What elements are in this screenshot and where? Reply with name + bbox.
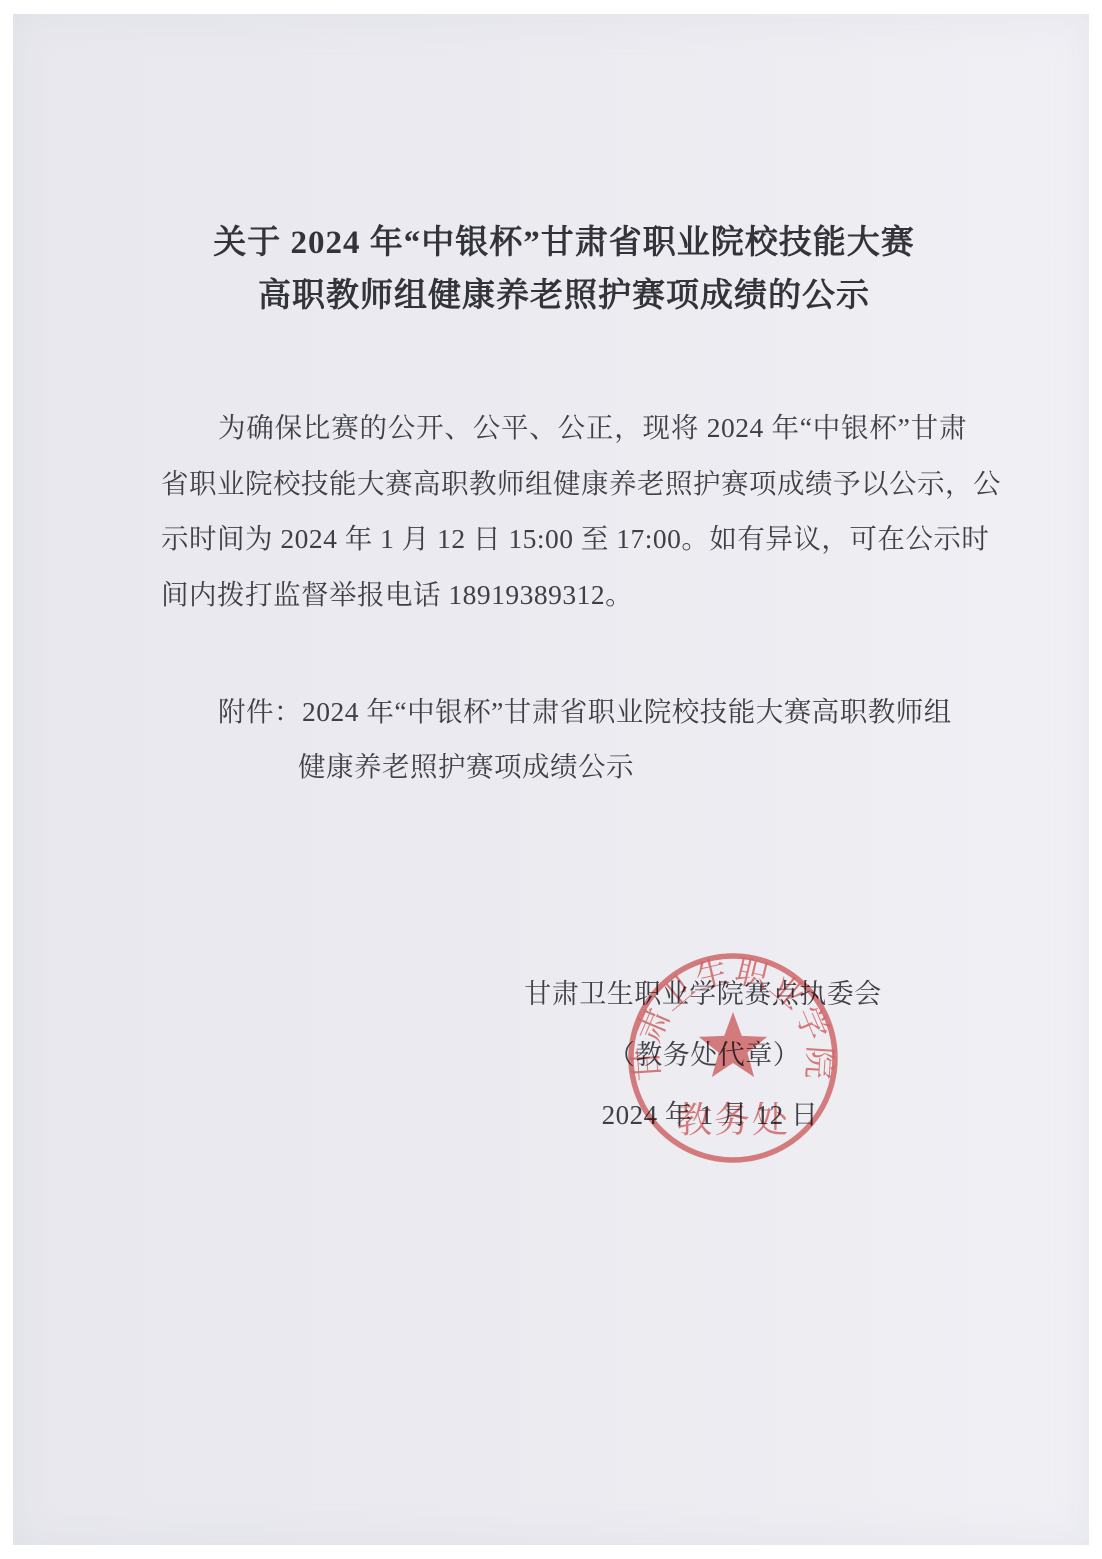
- attachment-text: 2024 年“中银杯”甘肃省职业院校技能大赛高职教师组: [302, 696, 952, 727]
- body-paragraph: 为确保比赛的公开、公平、公正，现将 2024 年“中银杯”甘肃 省职业院校技能大…: [161, 400, 967, 622]
- scanned-page: 关于 2024 年“中银杯”甘肃省职业院校技能大赛 高职教师组健康养老照护赛项成…: [0, 0, 1102, 1559]
- body-line-2: 省职业院校技能大赛高职教师组健康养老照护赛项成绩予以公示，公: [161, 456, 967, 512]
- document-title-line1: 关于 2024 年“中银杯”甘肃省职业院校技能大赛: [161, 217, 967, 270]
- attachment-line-1: 附件：2024 年“中银杯”甘肃省职业院校技能大赛高职教师组: [161, 684, 991, 739]
- signer-name: 甘肃卫生职业学院赛点执委会: [524, 972, 882, 1011]
- body-line-4: 间内拨打监督举报电话 18919389312。: [161, 567, 967, 623]
- attachment-label: 附件：: [218, 696, 302, 727]
- document-title-line2: 高职教师组健康养老照护赛项成绩的公示: [161, 270, 967, 323]
- signer-note: （教务处代章）: [608, 1033, 801, 1072]
- document-title: 关于 2024 年“中银杯”甘肃省职业院校技能大赛 高职教师组健康养老照护赛项成…: [161, 217, 967, 323]
- attachment-line-2: 健康养老照护赛项成绩公示: [161, 739, 991, 794]
- attachment-block: 附件：2024 年“中银杯”甘肃省职业院校技能大赛高职教师组 健康养老照护赛项成…: [161, 684, 991, 794]
- paper-sheet: 关于 2024 年“中银杯”甘肃省职业院校技能大赛 高职教师组健康养老照护赛项成…: [13, 14, 1089, 1545]
- body-line-3: 示时间为 2024 年 1 月 12 日 15:00 至 17:00。如有异议，…: [161, 511, 967, 567]
- body-line-1: 为确保比赛的公开、公平、公正，现将 2024 年“中银杯”甘肃: [161, 400, 967, 456]
- sign-date: 2024 年 1 月 12 日: [602, 1093, 819, 1132]
